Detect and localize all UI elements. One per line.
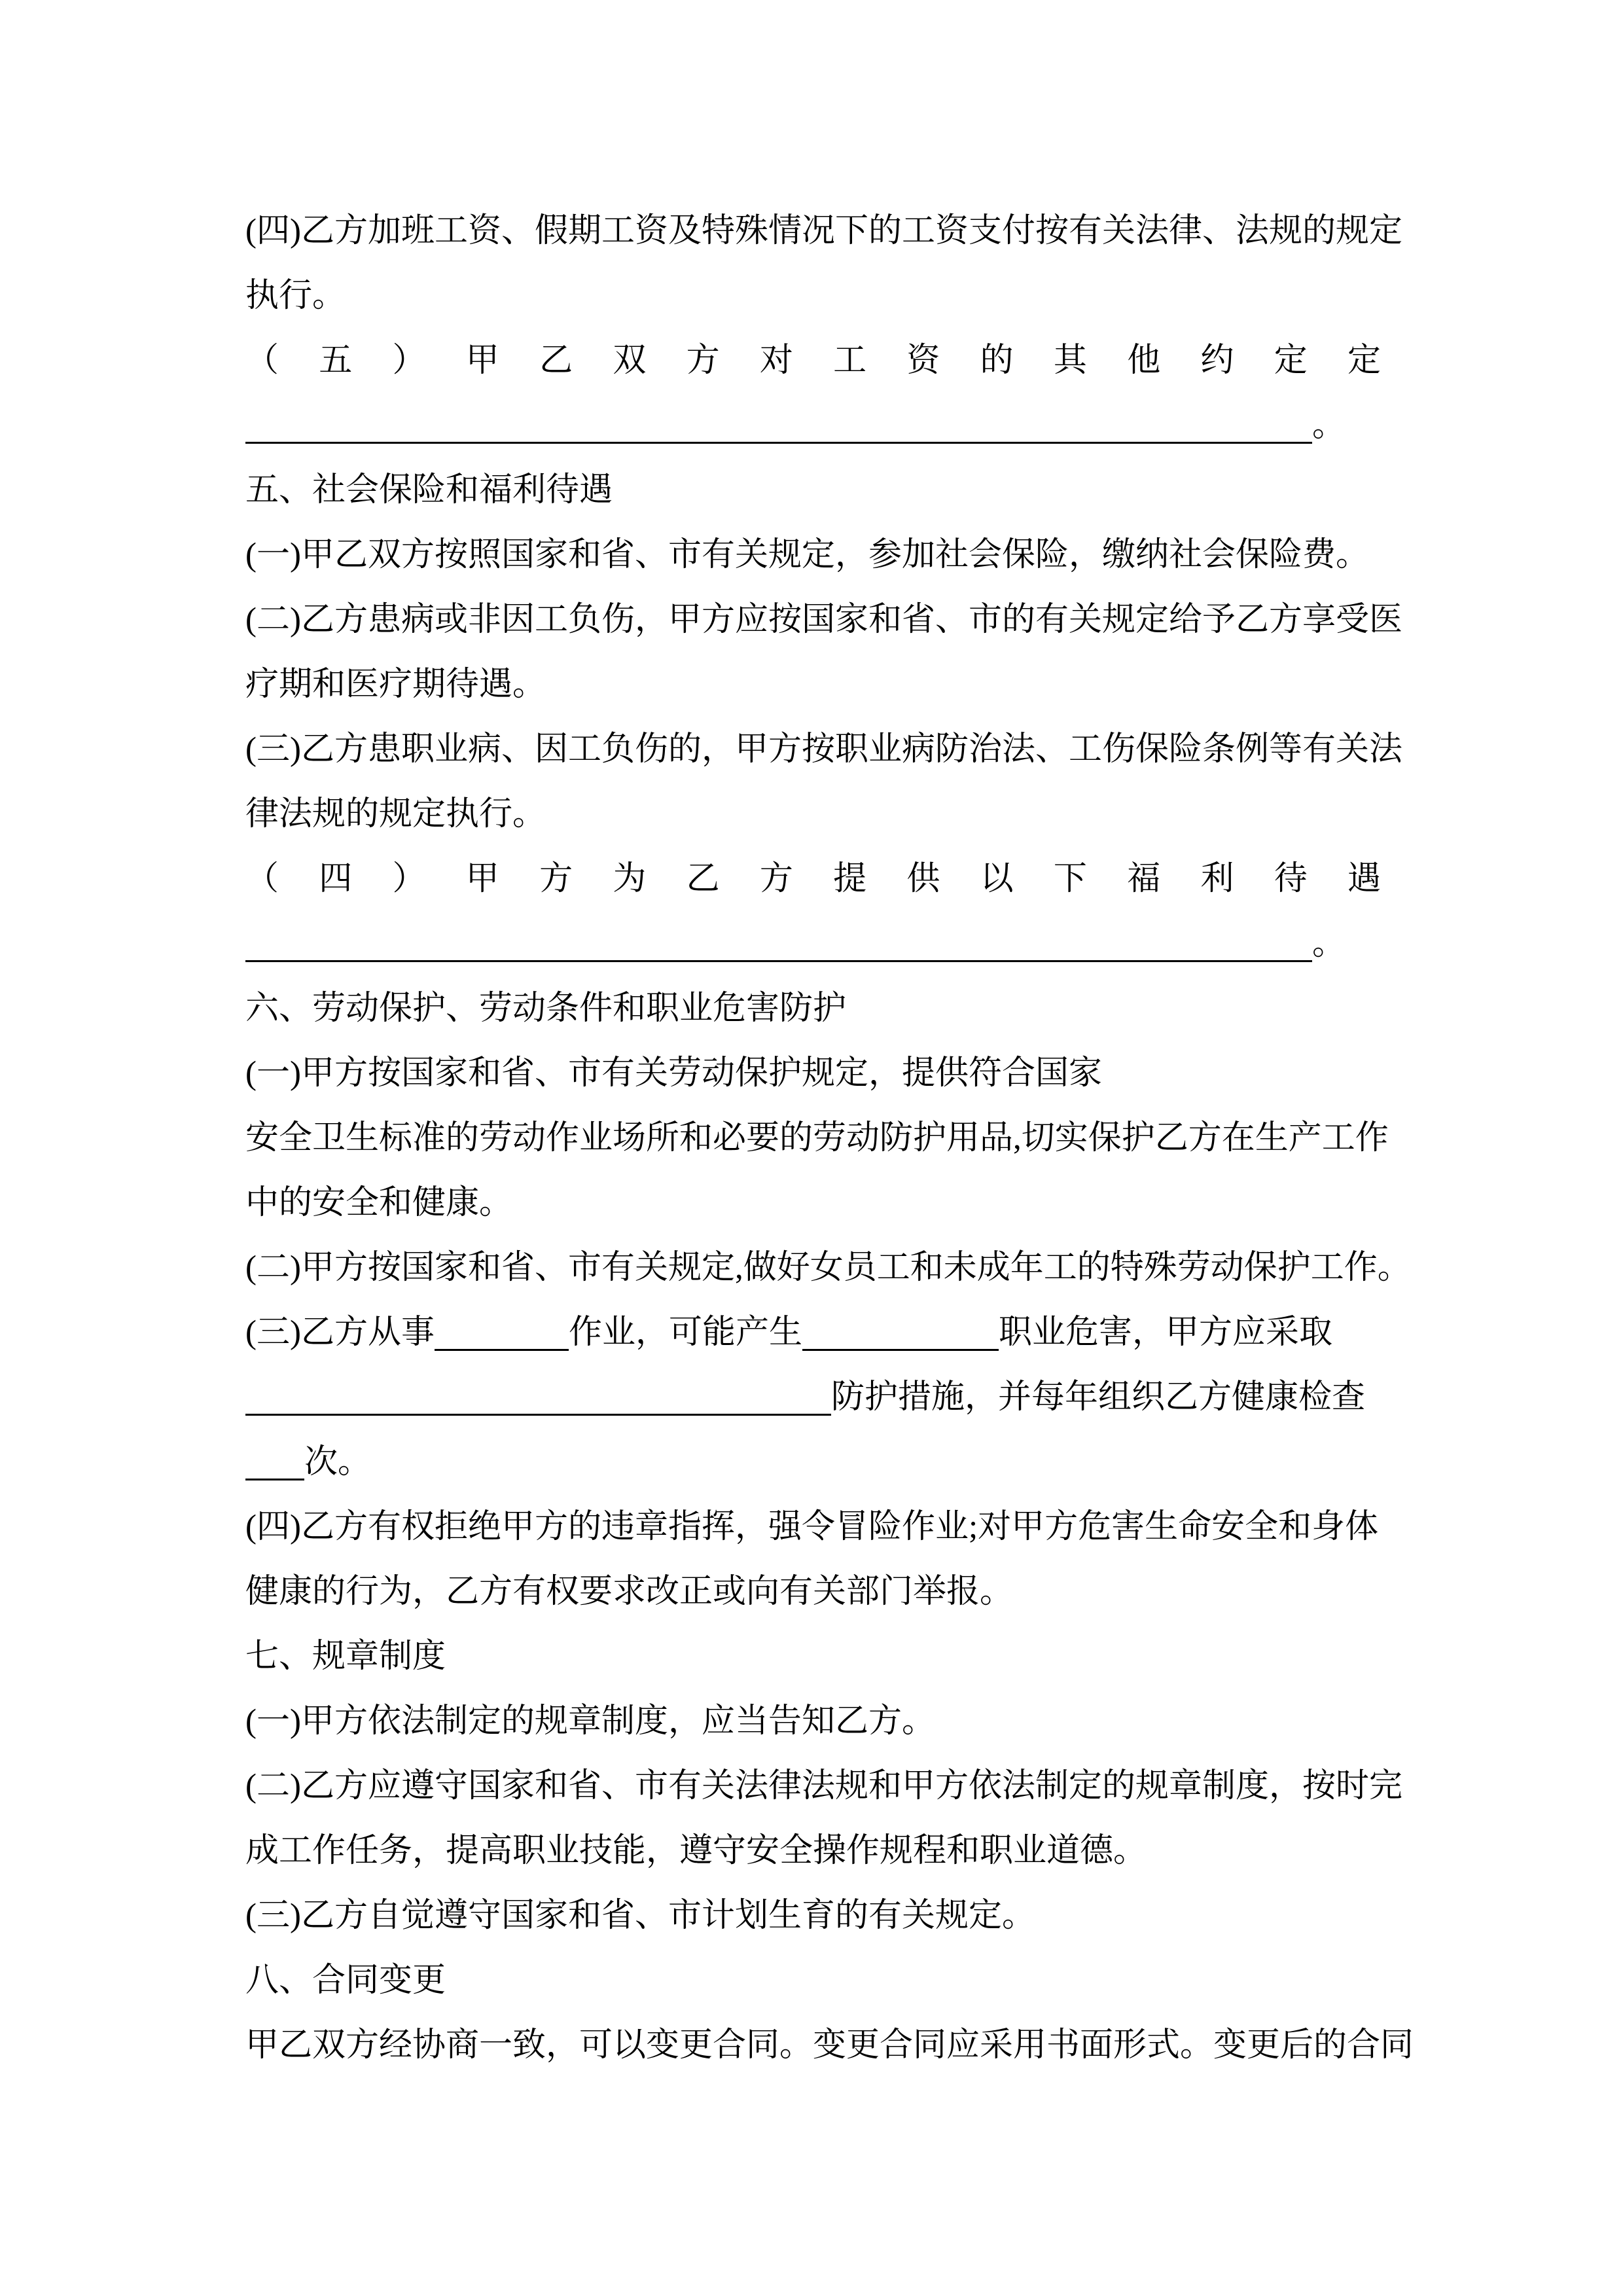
justified-character: 四 [319, 847, 352, 912]
line-text-segment: 职业危害，甲方应采取 [999, 1314, 1332, 1351]
justified-character: 甲 [466, 847, 499, 912]
justified-character: 甲 [466, 329, 499, 393]
justified-character: 对 [760, 329, 793, 393]
document-line: （四）甲方为乙方提供以下福利待遇 [245, 847, 1381, 912]
line-text-segment: (三)乙方从事 [245, 1314, 435, 1351]
document-line: (二)乙方应遵守国家和省、市有关法律法规和甲方依法制定的规章制度，按时完 [245, 1754, 1381, 1819]
justified-character: 方 [760, 847, 793, 912]
document-line: （五）甲乙双方对工资的其他约定定 [245, 329, 1381, 393]
justified-character: 其 [1054, 329, 1087, 393]
justified-character: 福 [1127, 847, 1160, 912]
justified-character: 待 [1274, 847, 1308, 912]
document-line: 防护措施，并每年组织乙方健康检查 [245, 1365, 1381, 1430]
justified-character: （ [245, 329, 279, 393]
line-text-segment: 。 [1312, 407, 1346, 444]
document-line: (三)乙方自觉遵守国家和省、市计划生育的有关规定。 [245, 1884, 1381, 1948]
fill-in-blank-underline [245, 925, 1312, 962]
justified-character: 利 [1200, 847, 1234, 912]
justified-character: 供 [906, 847, 940, 912]
justified-character: 定 [1347, 329, 1381, 393]
document-line: (三)乙方从事作业，可能产生职业危害，甲方应采取 [245, 1300, 1381, 1365]
justified-character: 下 [1054, 847, 1087, 912]
justified-character: 以 [980, 847, 1014, 912]
document-line: 甲乙双方经协商一致，可以变更合同。变更合同应采用书面形式。变更后的合同 [245, 2013, 1381, 2078]
justified-character: 方 [539, 847, 573, 912]
justified-character: 遇 [1347, 847, 1381, 912]
fill-in-blank-underline [435, 1314, 569, 1351]
document-line: 七、规章制度 [245, 1624, 1381, 1689]
line-text-segment: 。 [1312, 925, 1346, 962]
document-line: 健康的行为，乙方有权要求改正或向有关部门举报。 [245, 1560, 1381, 1624]
fill-in-blank-underline [245, 1444, 304, 1480]
fill-in-blank-underline [245, 407, 1312, 444]
document-line: 安全卫生标准的劳动作业场所和必要的劳动防护用品,切实保护乙方在生产工作 [245, 1106, 1381, 1171]
document-line: 次。 [245, 1430, 1381, 1495]
justified-character: 双 [613, 329, 646, 393]
document-line: 五、社会保险和福利待遇 [245, 458, 1381, 523]
document-line: 成工作任务，提高职业技能，遵守安全操作规程和职业道德。 [245, 1819, 1381, 1884]
document-line: (一)甲方按国家和省、市有关劳动保护规定，提供符合国家 [245, 1041, 1381, 1106]
document-line: 。 [245, 912, 1381, 977]
line-text-segment: 次。 [304, 1444, 371, 1480]
justified-character: 方 [687, 329, 720, 393]
document-line: 。 [245, 393, 1381, 458]
justified-character: 他 [1127, 329, 1160, 393]
justified-character: 五 [319, 329, 352, 393]
document-line: 执行。 [245, 264, 1381, 329]
document-line: 律法规的规定执行。 [245, 782, 1381, 847]
fill-in-blank-underline [245, 1379, 831, 1416]
document-line: (四)乙方有权拒绝甲方的违章指挥，强令冒险作业;对甲方危害生命安全和身体 [245, 1495, 1381, 1560]
contract-text-block: (四)乙方加班工资、假期工资及特殊情况下的工资支付按有关法律、法规的规定执行。（… [245, 199, 1381, 2078]
justified-character: （ [245, 847, 279, 912]
document-line: (四)乙方加班工资、假期工资及特殊情况下的工资支付按有关法律、法规的规定 [245, 199, 1381, 264]
document-line: 疗期和医疗期待遇。 [245, 653, 1381, 717]
justified-character: 乙 [687, 847, 720, 912]
justified-character: ） [393, 847, 426, 912]
justified-character: 为 [613, 847, 646, 912]
document-line: 六、劳动保护、劳动条件和职业危害防护 [245, 977, 1381, 1041]
justified-character: 工 [833, 329, 866, 393]
document-line: 八、合同变更 [245, 1948, 1381, 2013]
justified-character: 约 [1200, 329, 1234, 393]
fill-in-blank-underline [802, 1314, 999, 1351]
document-line: (三)乙方患职业病、因工负伤的，甲方按职业病防治法、工伤保险条例等有关法 [245, 717, 1381, 782]
justified-character: ） [393, 329, 426, 393]
justified-character: 提 [833, 847, 866, 912]
line-text-segment: 防护措施，并每年组织乙方健康检查 [831, 1379, 1365, 1416]
document-line: (二)乙方患病或非因工负伤，甲方应按国家和省、市的有关规定给予乙方享受医 [245, 588, 1381, 653]
justified-character: 定 [1274, 329, 1308, 393]
document-line: (一)甲乙双方按照国家和省、市有关规定，参加社会保险，缴纳社会保险费。 [245, 523, 1381, 588]
justified-character: 资 [906, 329, 940, 393]
justified-character: 乙 [539, 329, 573, 393]
document-line: 中的安全和健康。 [245, 1171, 1381, 1236]
document-line: (二)甲方按国家和省、市有关规定,做好女员工和未成年工的特殊劳动保护工作。 [245, 1236, 1381, 1300]
line-text-segment: 作业，可能产生 [569, 1314, 802, 1351]
document-line: (一)甲方依法制定的规章制度，应当告知乙方。 [245, 1689, 1381, 1754]
contract-document-page: (四)乙方加班工资、假期工资及特殊情况下的工资支付按有关法律、法规的规定执行。（… [0, 0, 1623, 2296]
justified-character: 的 [980, 329, 1014, 393]
